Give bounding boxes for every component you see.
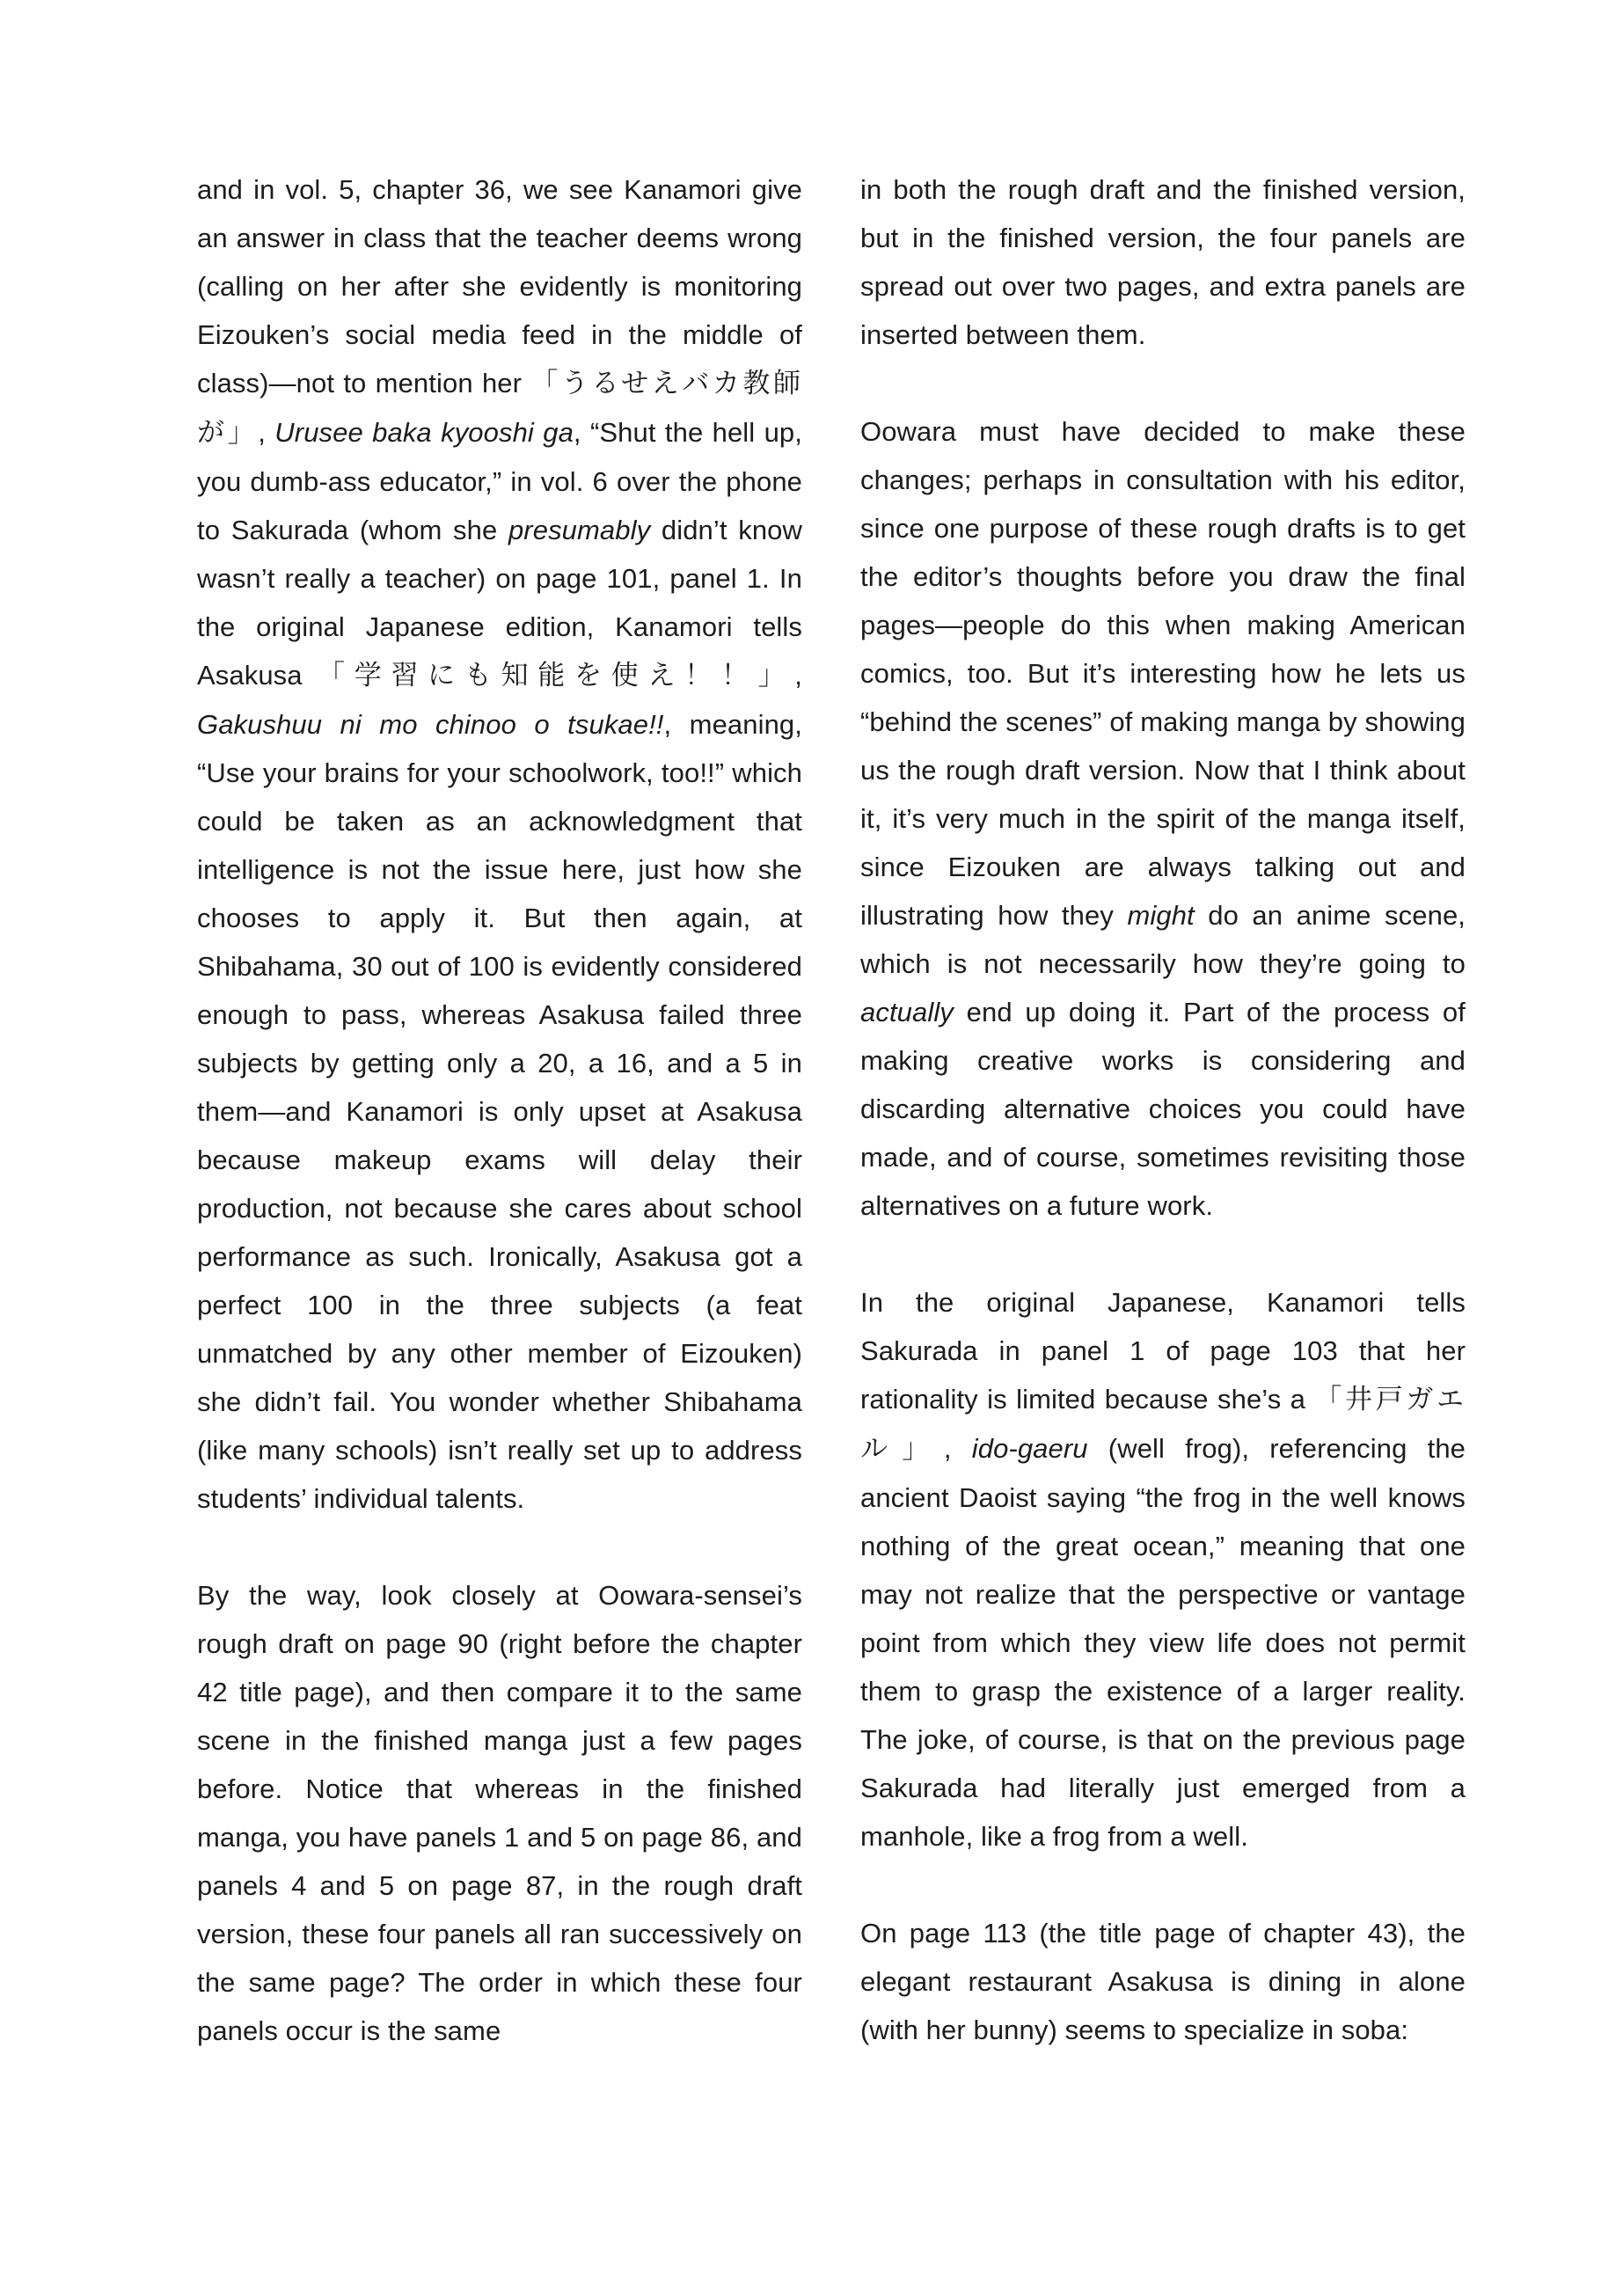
text-segment: , [258, 417, 274, 448]
right-column: in both the rough draft and the finished… [860, 165, 1466, 2054]
romanization: ido-gaeru [972, 1433, 1088, 1464]
text-segment: , [944, 1433, 972, 1464]
text-segment: (well frog), referencing the ancient Dao… [860, 1433, 1466, 1852]
emphasis: presumably [508, 515, 650, 545]
text-segment: in both the rough draft and the finished… [860, 174, 1466, 350]
text-segment: Oowara must have decided to make these c… [860, 416, 1466, 931]
paragraph-rough-draft: By the way, look closely at Oowara-sense… [197, 1571, 802, 2055]
paragraph-panel-order: in both the rough draft and the finished… [860, 165, 1466, 359]
paragraph-oowara-changes: Oowara must have decided to make these c… [860, 407, 1466, 1230]
text-segment: , meaning, “Use your brains for your sch… [197, 709, 802, 1514]
document-page: and in vol. 5, chapter 36, we see Kanamo… [0, 0, 1623, 2296]
text-segment: , [794, 660, 802, 691]
paragraph-soba-restaurant: On page 113 (the title page of chapter 4… [860, 1909, 1466, 2054]
paragraph-well-frog: In the original Japanese, Kanamori tells… [860, 1278, 1466, 1861]
paragraph-kanamori-exam: and in vol. 5, chapter 36, we see Kanamo… [197, 165, 802, 1523]
text-segment: end up doing it. Part of the process of … [860, 997, 1466, 1221]
left-column: and in vol. 5, chapter 36, we see Kanamo… [197, 165, 802, 2055]
emphasis: actually [860, 997, 954, 1027]
text-segment: and in vol. 5, chapter 36, we see Kanamo… [197, 174, 802, 399]
text-segment: By the way, look closely at Oowara-sense… [197, 1580, 802, 2046]
japanese-quote: 「学習にも知能を使え！！」 [318, 660, 794, 691]
romanization: Urusee baka kyooshi ga [274, 417, 574, 448]
romanization: Gakushuu ni mo chinoo o tsukae!! [197, 709, 664, 740]
emphasis: might [1127, 900, 1194, 931]
text-segment: On page 113 (the title page of chapter 4… [860, 1918, 1466, 2045]
